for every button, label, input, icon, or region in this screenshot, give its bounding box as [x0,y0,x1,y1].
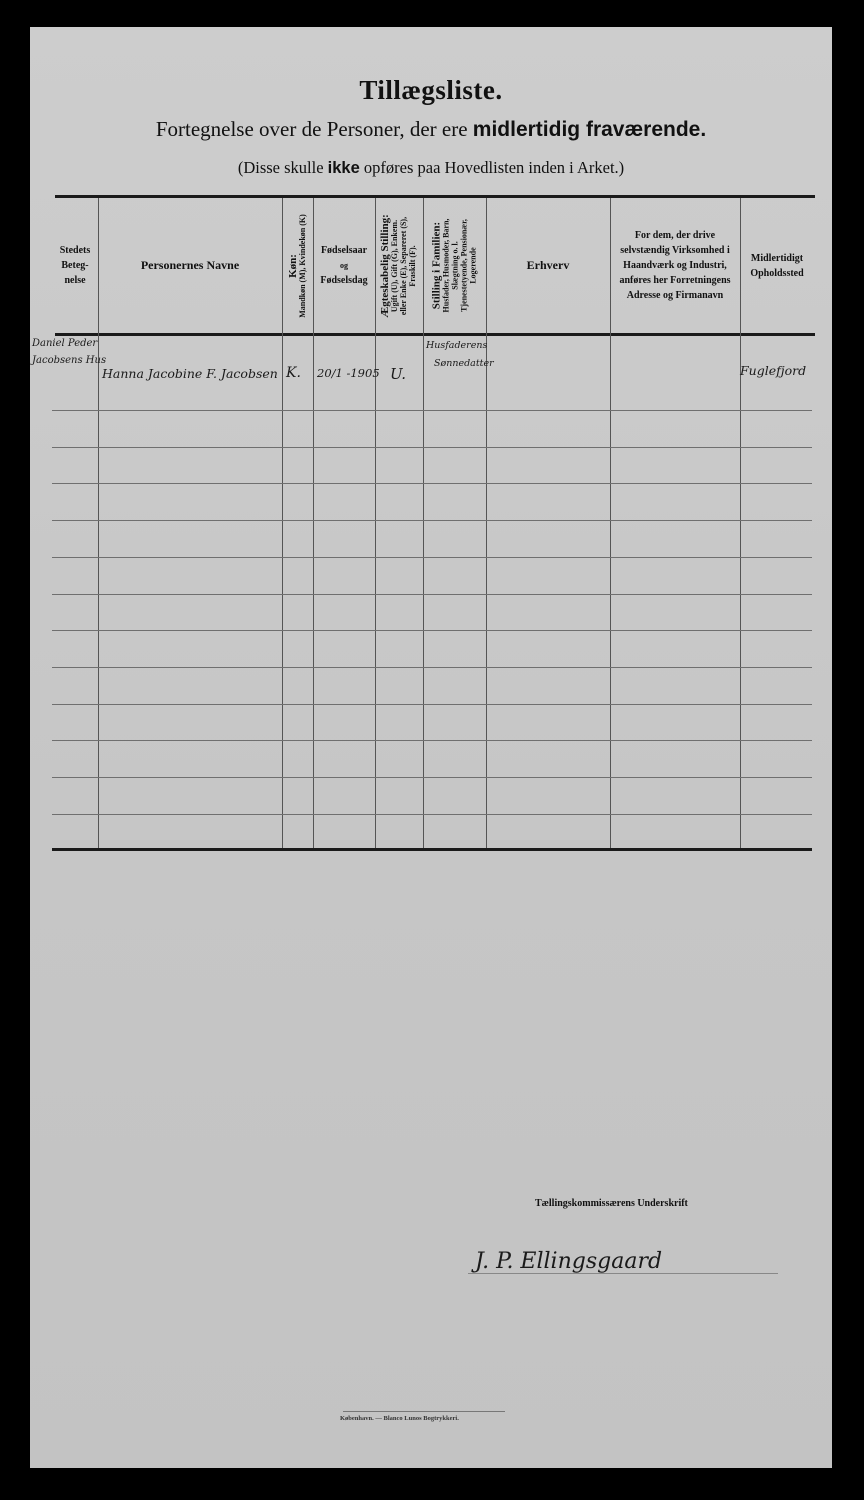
header-occupation: Erhverv [486,198,610,333]
note-prefix: (Disse skulle [238,158,328,177]
cell-family[interactable]: Husfaderens Sønnedatter [426,337,494,373]
header-family-lead: Stilling i Familien: [430,222,442,309]
cell-family-line1: Husfaderens [426,337,494,355]
header-marital: Ægteskabelig Stilling:Ugift (U), Gift (G… [375,198,423,333]
header-occupation-label: Erhverv [527,258,570,273]
signature-value: J. P. Ellingsgaard [475,1249,662,1274]
header-residence-label: Midlertidigt Opholdssted [742,251,812,281]
row-rule [52,667,812,668]
header-family: Stilling i Familien:Husfader, Husmoder, … [423,198,486,333]
row-rule [52,410,812,411]
header-marital-detail: Ugift (U), Gift (G), Enkem. [390,219,399,311]
header-marital-detail: Fraskilt (F). [408,245,417,286]
header-name-label: Personernes Navne [141,258,239,273]
table-bottom-rule [52,848,812,851]
header-business: For dem, der drive selvstændig Virksomhe… [614,198,736,333]
header-birth-line2: og [340,258,348,273]
header-place-label: Stedets Beteg-nelse [55,243,95,288]
header-sex: Køn:Mandkøn (M), Kvindekøn (K) [282,198,313,333]
note-suffix: opføres paa Hovedlisten inden i Arket.) [360,158,624,177]
header-residence: Midlertidigt Opholdssted [740,198,814,333]
printer-rule [343,1411,505,1412]
row-rule [52,814,812,815]
header-sex-lead: Køn: [287,254,299,278]
header-place: Stedets Beteg-nelse [52,198,98,333]
subtitle-plain: Fortegnelse over de Personer, der ere [156,117,473,141]
cell-place-line1: Daniel Peder [32,335,106,352]
signature-line [468,1273,778,1274]
header-family-detail: Logerende [468,247,477,283]
row-rule [52,594,812,595]
row-rule [52,777,812,778]
subtitle-bold: midlertidig fraværende. [473,118,706,141]
printer-imprint: København. — Blanco Lunos Bogtrykkeri. [340,1415,459,1422]
signature-label: Tællingskommissærens Underskrift [535,1198,688,1209]
header-bottom-rule [55,333,815,336]
cell-place-line2: Jacobsens Hus [32,352,106,369]
cell-family-line2: Sønnedatter [426,355,494,373]
header-business-label: For dem, der drive selvstændig Virksomhe… [614,228,736,303]
col-divider [610,198,611,848]
header-marital-detail: eller Enke (E), Separeret (S), [399,216,408,314]
cell-name[interactable]: Hanna Jacobine F. Jacobsen [102,366,278,381]
row-rule [52,557,812,558]
cell-marital[interactable]: U. [390,365,406,383]
header-family-detail: Husfader, Husmoder, Barn, [441,219,450,313]
row-rule [52,520,812,521]
row-rule [52,483,812,484]
row-rule [52,630,812,631]
row-rule [52,447,812,448]
form-title: Tillægsliste. [30,75,832,106]
cell-birth[interactable]: 20/1 -1905 [317,366,380,380]
header-name: Personernes Navne [98,198,282,333]
row-rule [52,704,812,705]
header-birth: Fødselsaar og Fødselsdag [313,198,375,333]
cell-place[interactable]: Daniel Peder Jacobsens Hus [32,335,106,369]
census-form-page: Tillægsliste. Fortegnelse over de Person… [30,27,832,1468]
header-family-detail: Tjenestetyende, Pensionær, [459,219,468,312]
note-bold: ikke [328,159,360,177]
header-birth-line1: Fødselsaar [321,243,367,258]
cell-sex[interactable]: K. [286,365,301,381]
form-note: (Disse skulle ikke opføres paa Hovedlist… [30,158,832,178]
header-birth-line3: Fødselsdag [320,273,367,288]
header-family-detail: Slægtning o. l. [450,241,459,289]
form-subtitle: Fortegnelse over de Personer, der ere mi… [30,117,832,142]
cell-residence[interactable]: Fuglefjord [740,363,806,378]
header-sex-detail: Mandkøn (M), Kvindekøn (K) [298,214,307,318]
row-rule [52,740,812,741]
